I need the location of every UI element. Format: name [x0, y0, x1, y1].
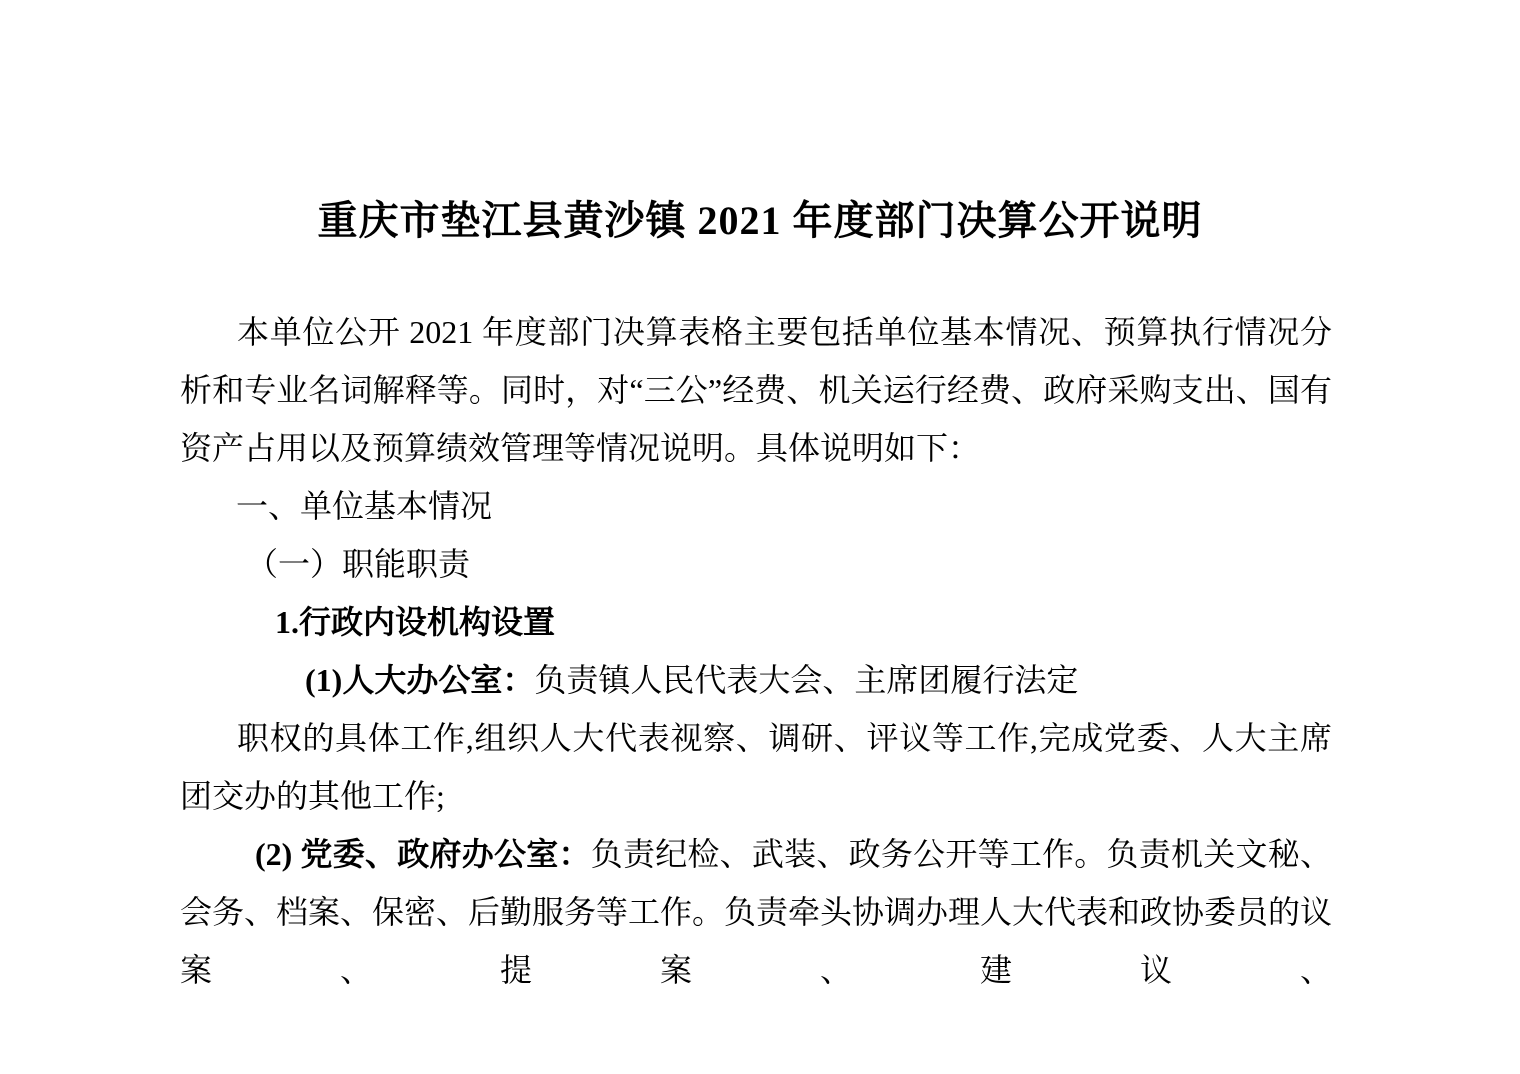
text-run: 1.行政内设机构设置: [275, 604, 555, 640]
item-party-government-office: (2) 党委、政府办公室：负责纪检、武装、政务公开等工作。负责机关文秘、会务、档…: [180, 825, 1332, 999]
document-title: 重庆市垫江县黄沙镇 2021 年度部门决算公开说明: [0, 0, 1520, 248]
text-run: 负责镇人民代表大会、主席团履行法定: [534, 662, 1078, 698]
heading-subsection-1: （一）职能职责: [180, 535, 1332, 593]
heading-section-1: 一、单位基本情况: [180, 477, 1332, 535]
text-run: (1)人大办公室：: [305, 662, 534, 698]
document-page: 重庆市垫江县黄沙镇 2021 年度部门决算公开说明 本单位公开 2021 年度部…: [0, 0, 1520, 1074]
heading-admin-structure: 1.行政内设机构设置: [180, 593, 1332, 651]
intro-paragraph: 本单位公开 2021 年度部门决算表格主要包括单位基本情况、预算执行情况分析和专…: [180, 303, 1332, 477]
text-run: 职权的具体工作,组织人大代表视察、调研、评议等工作,完成党委、人大主席团交办的其…: [180, 720, 1332, 814]
item-renda-office: (1)人大办公室：负责镇人民代表大会、主席团履行法定: [180, 651, 1332, 709]
text-run: 一、单位基本情况: [236, 488, 492, 524]
text-run: （一）职能职责: [246, 546, 470, 582]
text-run: 本单位公开 2021 年度部门决算表格主要包括单位基本情况、预算执行情况分析和专…: [180, 314, 1332, 466]
item-renda-office-continued: 职权的具体工作,组织人大代表视察、调研、评议等工作,完成党委、人大主席团交办的其…: [180, 709, 1332, 825]
text-run: (2) 党委、政府办公室：: [255, 836, 591, 872]
document-body: 本单位公开 2021 年度部门决算表格主要包括单位基本情况、预算执行情况分析和专…: [180, 303, 1332, 999]
